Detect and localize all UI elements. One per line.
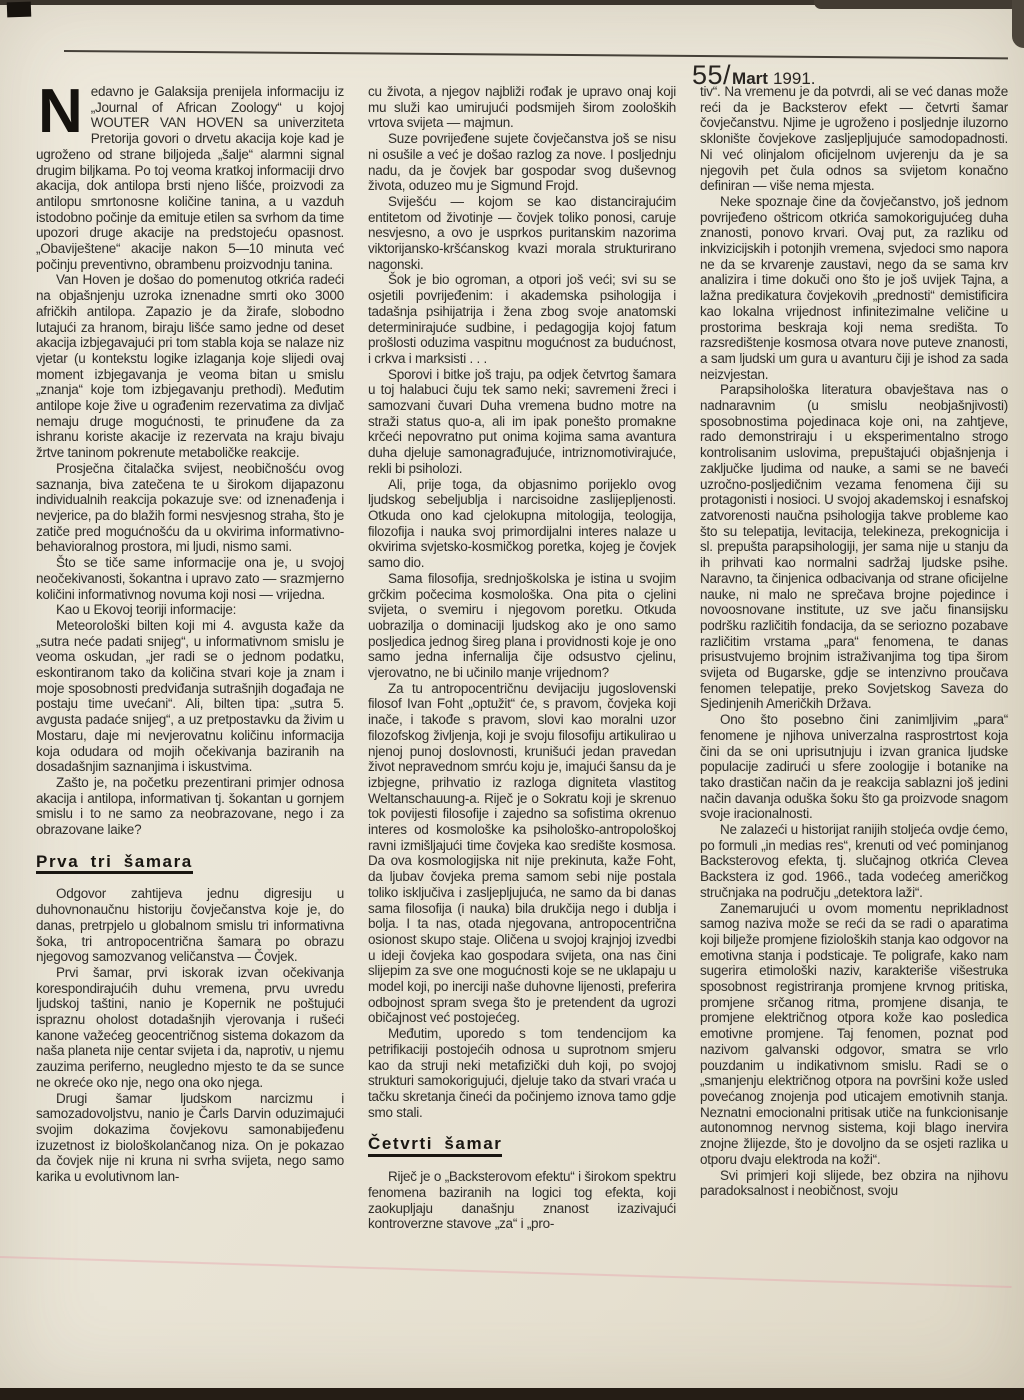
- paragraph: Prosječna čitalačka svijest, neobičnošću…: [36, 461, 344, 555]
- paragraph: Kao u Ekovoj teoriji informacije:: [36, 602, 344, 618]
- paragraph: Zašto je, na početku prezentirani primje…: [36, 775, 344, 838]
- section-heading-cetvrti-samar: Četvrti šamar: [368, 1136, 676, 1157]
- paragraph: Šok je bio ogroman, a otpori još veći; s…: [368, 272, 676, 366]
- magazine-page: 55/Mart1991. Nedavno je Galaksija prenij…: [0, 0, 1024, 1400]
- paragraph: tiv“. Na vremenu je da potvrdi, ali se v…: [700, 84, 1008, 194]
- scan-edge-bottom: [0, 1388, 1024, 1400]
- paragraph: Drugi šamar ljudskom narcizmu i samozado…: [36, 1091, 344, 1185]
- registration-mark-top-left: [7, 2, 32, 18]
- scan-corner-top-right: [1012, 0, 1024, 48]
- section-heading-text: Prva tri šamara: [36, 854, 193, 875]
- paragraph: Što se tiče same informacije ona je, u s…: [36, 555, 344, 602]
- paragraph: Suze povrijeđene sujete čovječanstva još…: [368, 131, 676, 194]
- paragraph: Riječ je o „Backsterovom efektu“ i širok…: [368, 1169, 676, 1232]
- paragraph: Nedavno je Galaksija prenijela informaci…: [36, 84, 344, 272]
- section-heading-text: Četvrti šamar: [368, 1136, 502, 1157]
- paragraph: Za tu antropocentričnu devijaciju jugosl…: [368, 681, 676, 1026]
- paragraph: Svi primjeri koji slijede, bez obzira na…: [700, 1168, 1008, 1199]
- paragraph: Van Hoven je došao do pomenutog otkrića …: [36, 272, 344, 460]
- dropcap-letter: N: [36, 84, 91, 136]
- paragraph: Sporovi i bitke još traju, pa odjek četv…: [368, 367, 676, 477]
- paragraph: Međutim, uporedo s tom tendencijom ka pe…: [368, 1026, 676, 1120]
- paragraph: Ne zalazeći u historijat ranijih stoljeć…: [700, 822, 1008, 901]
- paragraph: Prvi šamar, prvi iskorak izvan očekivanj…: [36, 965, 344, 1091]
- paragraph: Sama filosofija, srednjoškolska je istin…: [368, 571, 676, 681]
- paragraph: Meteorološki bilten koji mi 4. avgusta k…: [36, 618, 344, 775]
- paragraph: Parapsihološka literatura obavještava na…: [700, 382, 1008, 712]
- paragraph: cu života, a njegov najbliži rođak je up…: [368, 84, 676, 131]
- article-body: Nedavno je Galaksija prenijela informaci…: [36, 84, 1008, 1360]
- column-1: Nedavno je Galaksija prenijela informaci…: [36, 84, 344, 1360]
- column-2: cu života, a njegov najbliži rođak je up…: [368, 84, 676, 1360]
- header-rule: [64, 50, 1008, 59]
- section-heading-prva-tri-samara: Prva tri šamara: [36, 854, 344, 875]
- paragraph: Ono što posebno čini zanimljivim „para“ …: [700, 712, 1008, 822]
- paragraph: Sviješću — kojom se kao distancirajućim …: [368, 194, 676, 273]
- paragraph: Ali, prije toga, da objasnimo porijeklo …: [368, 477, 676, 571]
- column-3: tiv“. Na vremenu je da potvrdi, ali se v…: [700, 84, 1008, 1360]
- scan-edge-top-right: [814, 0, 1024, 9]
- paragraph: Odgovor zahtijeva jednu digresiju u duho…: [36, 886, 344, 965]
- paragraph: Neke spoznaje čine da čovječanstvo, još …: [700, 194, 1008, 382]
- paragraph: Zanemarujući u ovom momentu neprikladnos…: [700, 901, 1008, 1168]
